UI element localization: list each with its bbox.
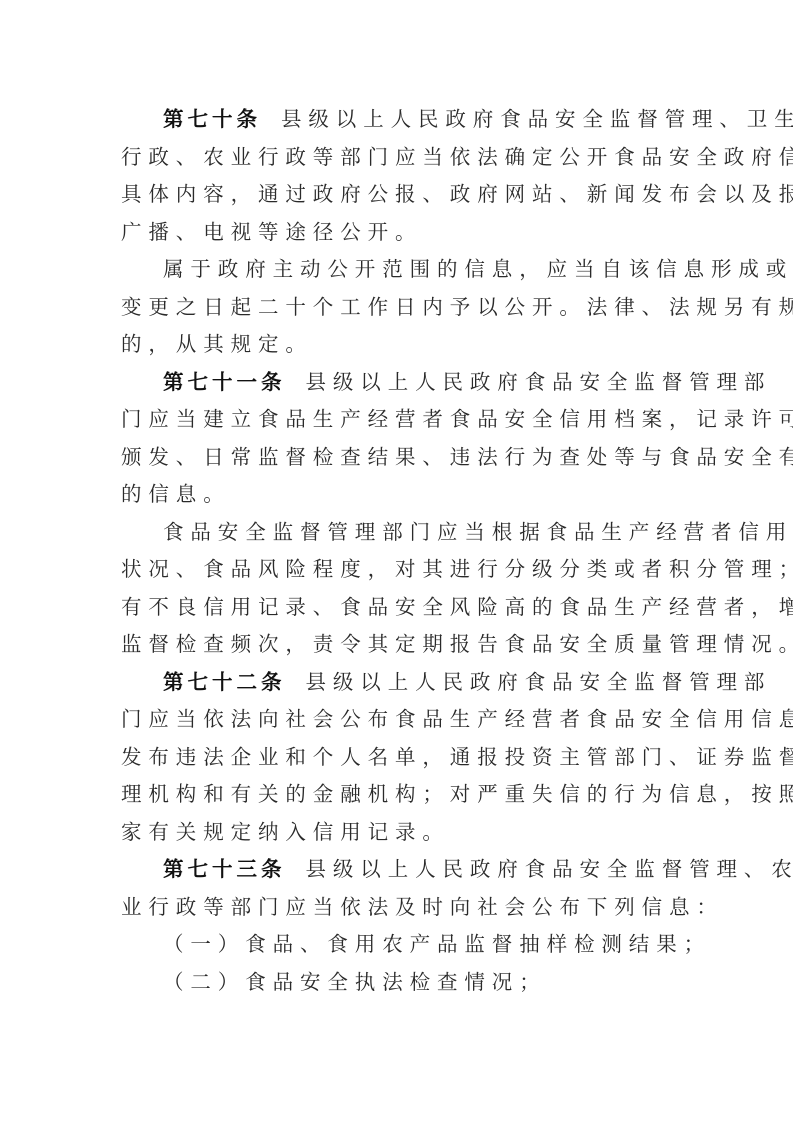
article-73-line-1: 第七十三条县级以上人民政府食品安全监督管理、农 (121, 851, 681, 889)
paragraph-line: 理机构和有关的金融机构；对严重失信的行为信息，按照国 (121, 776, 681, 814)
paragraph-line: 门应当建立食品生产经营者食品安全信用档案，记录许可证 (121, 401, 681, 439)
article-70-line-2: 行政、农业行政等部门应当依法确定公开食品安全政府信息 (121, 139, 681, 177)
paragraph-line: 变更之日起二十个工作日内予以公开。法律、法规另有规定 (121, 289, 681, 327)
paragraph-line: 颁发、日常监督检查结果、违法行为查处等与食品安全有关 (121, 439, 681, 477)
document-body: 第七十条县级以上人民政府食品安全监督管理、卫生 行政、农业行政等部门应当依法确定… (121, 101, 681, 1001)
article-70-line-1: 第七十条县级以上人民政府食品安全监督管理、卫生 (121, 101, 681, 139)
document-page: 第七十条县级以上人民政府食品安全监督管理、卫生 行政、农业行政等部门应当依法确定… (0, 0, 793, 1122)
article-heading: 第七十一条 (163, 370, 286, 394)
article-70-line-4: 广播、电视等途径公开。 (121, 214, 681, 252)
paragraph-line: 的信息。 (121, 476, 681, 514)
article-heading: 第七十二条 (163, 670, 286, 694)
paragraph-line: 监督检查频次，责令其定期报告食品安全质量管理情况。 (121, 626, 681, 664)
list-item-2: （二）食品安全执法检查情况； (121, 964, 681, 1002)
article-71-line-1: 第七十一条县级以上人民政府食品安全监督管理部 (121, 364, 681, 402)
paragraph-line: 食品安全监督管理部门应当根据食品生产经营者信用 (121, 514, 681, 552)
article-70-line-3: 具体内容，通过政府公报、政府网站、新闻发布会以及报刊、 (121, 176, 681, 214)
paragraph-line: 状况、食品风险程度，对其进行分级分类或者积分管理；对 (121, 551, 681, 589)
paragraph-line: 的，从其规定。 (121, 326, 681, 364)
paragraph-line: 有不良信用记录、食品安全风险高的食品生产经营者，增加 (121, 589, 681, 627)
article-heading: 第七十条 (163, 107, 261, 131)
paragraph-line: 属于政府主动公开范围的信息，应当自该信息形成或者 (121, 251, 681, 289)
paragraph-line: 门应当依法向社会公布食品生产经营者食品安全信用信息， (121, 701, 681, 739)
paragraph-line: 业行政等部门应当依法及时向社会公布下列信息： (121, 889, 681, 927)
article-heading: 第七十三条 (163, 857, 286, 881)
list-item-1: （一）食品、食用农产品监督抽样检测结果； (121, 926, 681, 964)
paragraph-line: 家有关规定纳入信用记录。 (121, 814, 681, 852)
paragraph-line: 发布违法企业和个人名单，通报投资主管部门、证券监督管 (121, 739, 681, 777)
article-72-line-1: 第七十二条县级以上人民政府食品安全监督管理部 (121, 664, 681, 702)
